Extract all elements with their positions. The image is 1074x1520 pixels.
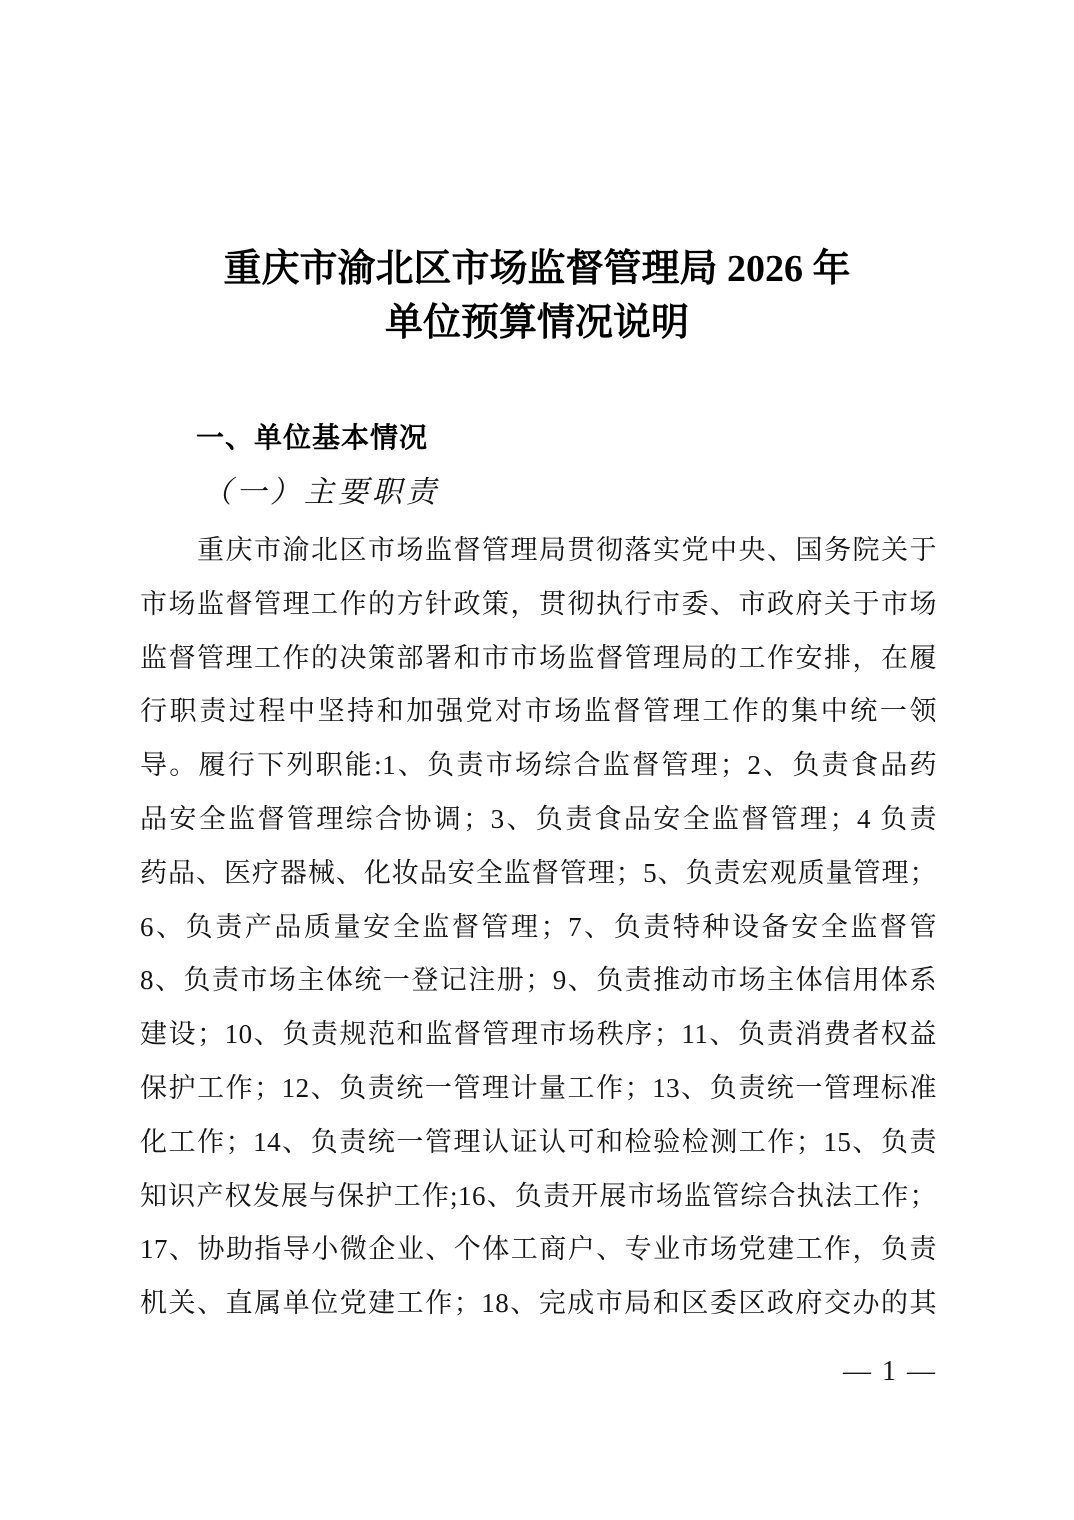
document-page: 重庆市渝北区市场监督管理局 2026 年 单位预算情况说明 一、单位基本情况 （… <box>0 0 1074 1520</box>
subsection-heading-main-duties: （一）主要职责 <box>202 474 440 512</box>
document-title: 重庆市渝北区市场监督管理局 2026 年 单位预算情况说明 <box>0 242 1074 350</box>
paragraph-line: 药品、医疗器械、化妆品安全监督管理；5、负责宏观质量管理； <box>140 847 937 901</box>
paragraph-line: 6、负责产品质量安全监督管理；7、负责特种设备安全监督管理； <box>140 901 937 955</box>
paragraph-line: 知识产权发展与保护工作;16、负责开展市场监管综合执法工作； <box>140 1170 937 1224</box>
paragraph-line: 化工作；14、负责统一管理认证认可和检验检测工作；15、负责 <box>140 1116 937 1170</box>
paragraph-line: 建设；10、负责规范和监督管理市场秩序；11、负责消费者权益 <box>140 1008 937 1062</box>
paragraph-line: 机关、直属单位党建工作；18、完成市局和区委区政府交办的其 <box>140 1277 937 1331</box>
paragraph-line: 导。履行下列职能:1、负责市场综合监督管理；2、负责食品药 <box>140 739 937 793</box>
paragraph-line: 监督管理工作的决策部署和市市场监督管理局的工作安排，在履 <box>140 632 937 686</box>
paragraph-line: 品安全监督管理综合协调；3、负责食品安全监督管理；4 负责 <box>140 793 937 847</box>
document-title-line-1: 重庆市渝北区市场监督管理局 2026 年 <box>0 242 1074 296</box>
page-number: — 1 — <box>140 1352 937 1392</box>
section-heading-basic-situation: 一、单位基本情况 <box>196 421 428 455</box>
paragraph-line: 17、协助指导小微企业、个体工商户、专业市场党建工作，负责 <box>140 1223 937 1277</box>
document-title-line-2: 单位预算情况说明 <box>0 296 1074 350</box>
paragraph-line: 8、负责市场主体统一登记注册；9、负责推动市场主体信用体系 <box>140 954 937 1008</box>
paragraph-line: 市场监督管理工作的方针政策，贯彻执行市委、市政府关于市场 <box>140 578 937 632</box>
paragraph-main-duties: 重庆市渝北区市场监督管理局贯彻落实党中央、国务院关于 市场监督管理工作的方针政策… <box>140 524 937 1331</box>
paragraph-line: 行职责过程中坚持和加强党对市场监督管理工作的集中统一领 <box>140 685 937 739</box>
paragraph-line: 重庆市渝北区市场监督管理局贯彻落实党中央、国务院关于 <box>140 524 937 578</box>
paragraph-line: 保护工作；12、负责统一管理计量工作；13、负责统一管理标准 <box>140 1062 937 1116</box>
